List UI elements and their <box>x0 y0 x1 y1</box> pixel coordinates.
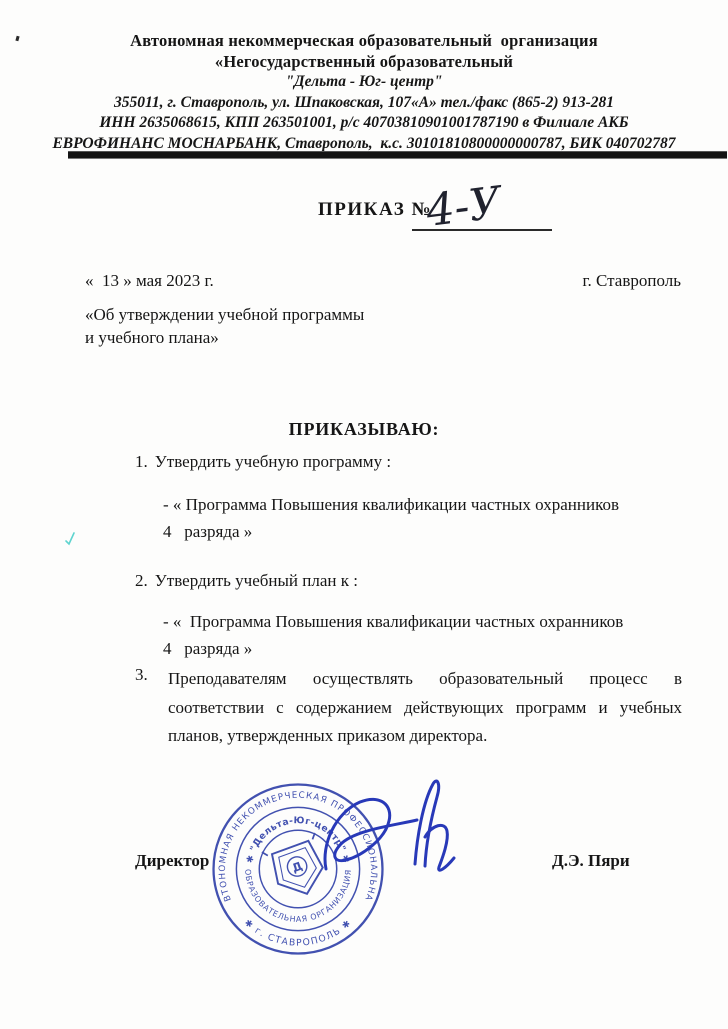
decree-item-3-number: 3. <box>135 665 161 751</box>
decree-item-1: 1.Утвердить учебную программу : <box>135 452 391 472</box>
letterhead: Автономная некоммерческая образовательны… <box>0 31 728 154</box>
org-brand-line: "Дельта - Юг- центр" <box>0 72 728 93</box>
signer-role: Директор <box>135 851 209 871</box>
decree-item-1-subitem: - « Программа Повышения квалификации час… <box>163 491 619 545</box>
org-type-line: Автономная некоммерческая образовательны… <box>0 31 728 52</box>
org-inn-line: ИНН 2635068615, КПП 263501001, р/с 40703… <box>0 113 728 134</box>
order-meta-row: « 13 » мая 2023 г. г. Ставрополь <box>85 271 681 291</box>
decree-item-2-subitem: - « Программа Повышения квалификации час… <box>163 608 623 662</box>
decree-item-2-number: 2. <box>135 571 148 591</box>
director-signature <box>318 775 473 895</box>
decree-item-1-number: 1. <box>135 452 148 472</box>
decree-item-1-text: Утвердить учебную программу : <box>155 452 391 471</box>
order-subject: «Об утверждении учебной программы и учеб… <box>85 303 364 349</box>
decree-item-2-text: Утвердить учебный план к : <box>155 571 358 590</box>
decree-heading: ПРИКАЗЫВАЮ: <box>0 419 728 440</box>
scanned-order-document: Автономная некоммерческая образовательны… <box>0 0 728 1029</box>
scan-artifact-teal-check <box>63 530 78 547</box>
handwritten-order-number: 4-У <box>418 172 568 234</box>
org-name-line: «Негосударственный образовательный <box>0 52 728 73</box>
letterhead-divider <box>68 151 727 159</box>
signer-name: Д.Э. Пяри <box>552 851 630 871</box>
decree-item-2-sub-line1: - « Программа Повышения квалификации час… <box>163 608 623 635</box>
order-date: « 13 » мая 2023 г. <box>85 271 214 291</box>
decree-item-2-sub-line2: 4 разряда » <box>163 635 623 662</box>
svg-text:Д: Д <box>290 859 304 876</box>
decree-item-3-text: Преподавателям осуществлять образователь… <box>168 665 682 751</box>
decree-item-2: 2.Утвердить учебный план к : <box>135 571 358 591</box>
org-address-line: 355011, г. Ставрополь, ул. Шпаковская, 1… <box>0 93 728 114</box>
order-subject-line2: и учебного плана» <box>85 326 364 349</box>
svg-text:4-У: 4-У <box>422 177 506 234</box>
order-subject-line1: «Об утверждении учебной программы <box>85 303 364 326</box>
decree-item-3: 3. Преподавателям осуществлять образоват… <box>135 665 682 751</box>
order-title-label: ПРИКАЗ № <box>318 199 432 221</box>
decree-item-1-sub-line1: - « Программа Повышения квалификации час… <box>163 491 619 518</box>
order-place: г. Ставрополь <box>583 271 682 291</box>
decree-item-1-sub-line2: 4 разряда » <box>163 518 619 545</box>
